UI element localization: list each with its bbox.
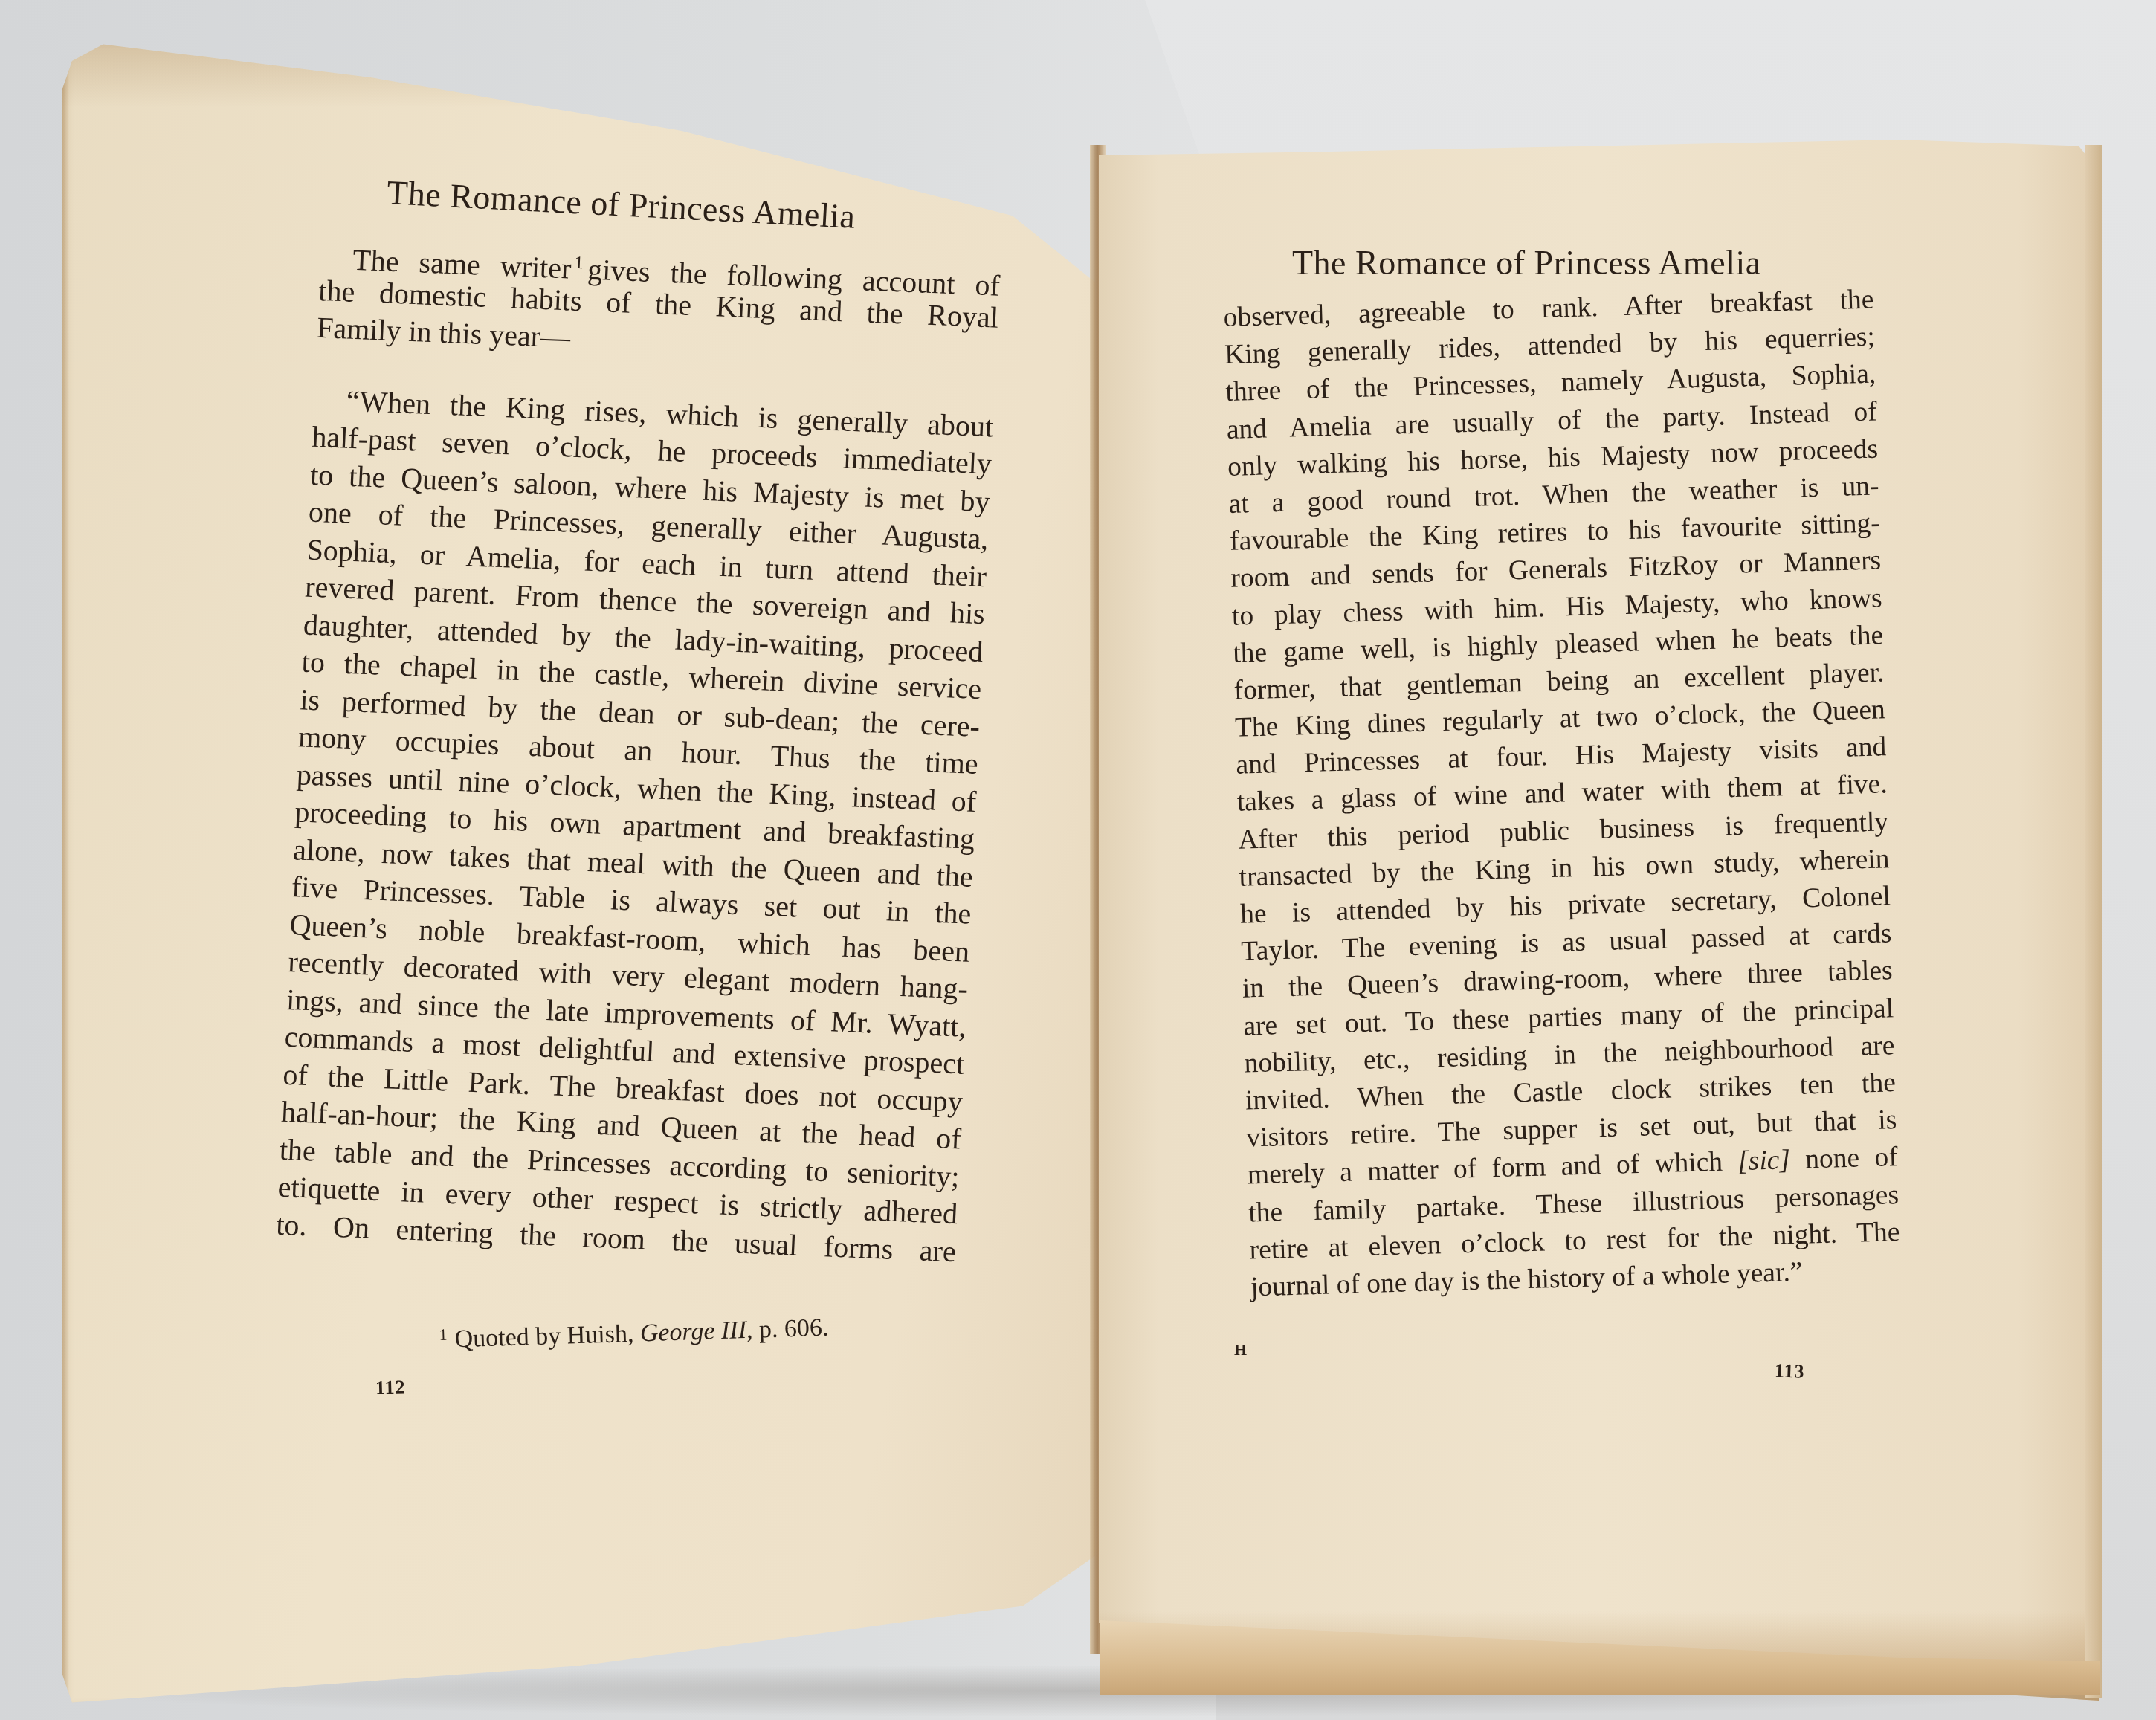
footnote-text-after: , p. 606. — [746, 1314, 829, 1344]
left-page-body: The same writer1gives the following acco… — [275, 234, 1001, 1270]
photo-scene: The Romance of Princess Amelia The same … — [0, 0, 2156, 1720]
right-page-body: observed, agreeable to rank. After break… — [1223, 282, 1901, 1307]
page-fore-edge — [2085, 145, 2102, 1698]
page-number-left: 112 — [375, 1376, 406, 1399]
right-running-head: The Romance of Princess Amelia — [1292, 243, 1761, 282]
footnote-text-before: Quoted by Huish, — [454, 1320, 640, 1354]
sic-annotation: [sic] — [1737, 1145, 1791, 1177]
footnote-book-title: George III — [639, 1316, 746, 1347]
footnote-marker: 1 — [439, 1325, 448, 1344]
page-number-right: 113 — [1774, 1359, 1805, 1383]
signature-mark: H — [1234, 1340, 1247, 1359]
quote-paragraph: “When the King rises, which is generally… — [275, 381, 994, 1270]
footnote-ref: 1 — [574, 253, 584, 273]
sic-line-after: none of — [1789, 1142, 1898, 1175]
